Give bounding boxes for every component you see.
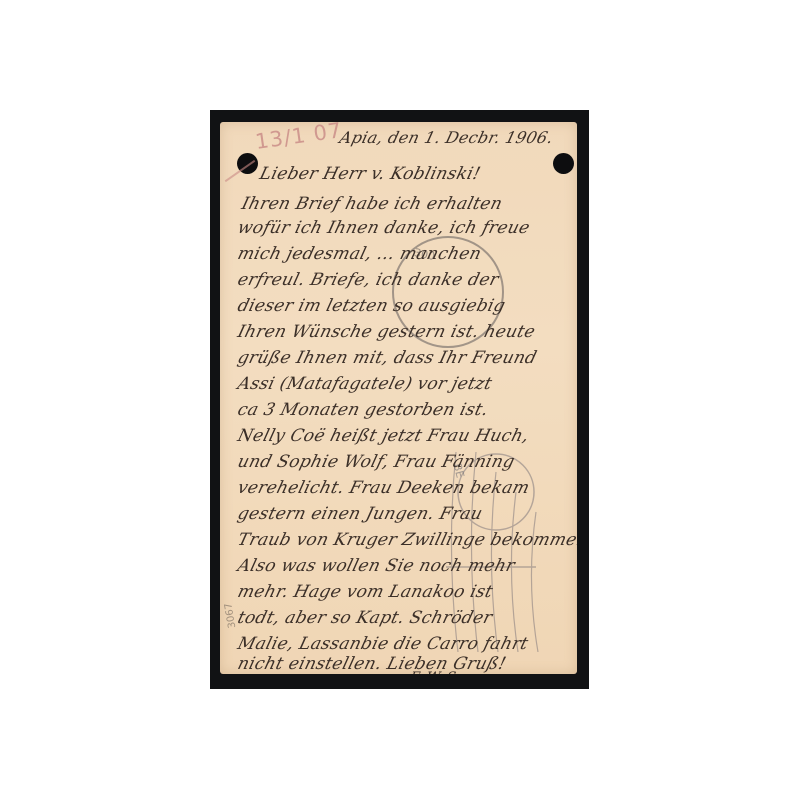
- text-line: Malie, Lassanbie die Carro fahrt: [236, 634, 531, 654]
- text-line: mich jedesmal, ... manchen: [236, 244, 484, 264]
- text-line: Assi (Matafagatele) vor jetzt: [236, 374, 495, 394]
- text-line: verehelicht. Frau Deeken bekam: [236, 478, 532, 498]
- punch-hole-right: [553, 153, 574, 174]
- text-line: gestern einen Jungen. Frau: [236, 504, 485, 524]
- text-line: Ihren Wünsche gestern ist. heute: [236, 322, 538, 342]
- pencil-note: 13/1 07: [254, 122, 344, 154]
- date-line: Apia, den 1. Decbr. 1906.: [338, 128, 556, 147]
- salutation-line: Lieber Herr v. Koblinski!: [258, 164, 483, 184]
- text-line: Traub von Kruger Zwillinge bekommen: [236, 530, 577, 550]
- text-line: dieser im letzten so ausgiebig: [236, 296, 508, 316]
- text-line: erfreul. Briefe, ich danke der: [236, 270, 501, 290]
- text-line: grüße Ihnen mit, dass Ihr Freund: [236, 348, 539, 368]
- text-line: Ihren Brief habe ich erhalten: [240, 194, 505, 214]
- text-line: und Sophie Wolf, Frau Fänning: [236, 452, 517, 472]
- text-line: F. W. S.: [408, 670, 461, 674]
- postcard: 13/1 07 3067 300 BE Apia, den 1. Decbr. …: [220, 122, 577, 674]
- text-line: nicht einstellen. Lieben Gruß!: [236, 654, 509, 674]
- text-line: mehr. Hage vom Lanakoo ist: [236, 582, 495, 602]
- text-line: Nelly Coë heißt jetzt Frau Huch,: [236, 426, 532, 446]
- text-line: wofür ich Ihnen danke, ich freue: [236, 218, 532, 238]
- text-line: Also was wollen Sie noch mehr: [236, 556, 518, 576]
- text-line: ca 3 Monaten gestorben ist.: [236, 400, 491, 420]
- text-line: todt, aber so Kapt. Schröder: [236, 608, 495, 628]
